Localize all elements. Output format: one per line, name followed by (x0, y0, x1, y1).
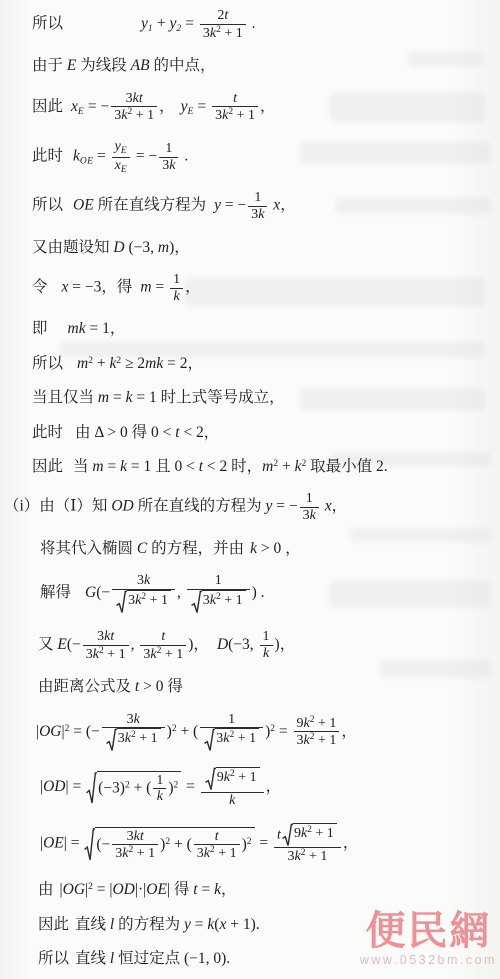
formula-line: 由距离公式及 t > 0 得 (38, 677, 496, 696)
formula-line: 将其代入椭圆 C 的方程，并由k > 0 ， (40, 539, 496, 558)
fraction: 13k2 + 1 (200, 712, 263, 753)
formula-line: 所以y1 + y2 = 2t3k2 + 1 . (32, 8, 496, 41)
solution-document: 所以y1 + y2 = 2t3k2 + 1 .由于 E 为线段 AB 的中点，因… (0, 8, 500, 979)
formula-line: 当且仅当 m = k = 1 时上式等号成立， (32, 388, 496, 407)
square-root: 9k2 + 1 (282, 823, 337, 847)
fraction: 13k (248, 190, 267, 222)
square-root: (−3)2 + (1k)2 (86, 771, 181, 805)
square-root: 9k2 + 1 (205, 767, 260, 791)
fraction: 3k3k2 + 1 (112, 573, 175, 614)
radical-sign-icon (84, 827, 95, 862)
formula-line: 令x = −3，得m = 1k， (32, 272, 496, 304)
fraction: 13k2 + 1 (187, 573, 250, 614)
fraction: yExE (112, 139, 130, 175)
square-root: (−3kt3k2 + 1)2 + (t3k2 + 1)2 (84, 827, 254, 862)
formula-line: 所以OE 所在直线方程为y = −13k x， (32, 190, 496, 222)
radical-sign-icon (116, 590, 127, 614)
fraction: 3kt3k2 + 1 (83, 629, 129, 662)
fraction: 1k (260, 629, 273, 661)
fraction: t9k2 + 13k2 + 1 (274, 823, 341, 865)
fraction: t3k2 + 1 (194, 829, 240, 862)
fraction: 1k (153, 773, 166, 805)
formula-line: 由于 E 为线段 AB 的中点， (32, 56, 496, 75)
formula-line: 所以直线 l 恒过定点 (−1, 0). (38, 949, 496, 968)
square-root: 3k2 + 1 (106, 728, 161, 752)
formula-line: |OG|2 = (−3k3k2 + 1)2 + (13k2 + 1)2 = 9k… (36, 712, 496, 753)
formula-line: 因此直线 l 的方程为 y = k(x + 1). (38, 915, 496, 934)
radical-sign-icon (205, 767, 216, 791)
radical-sign-icon (86, 771, 97, 805)
fraction: 9k2 + 13k2 + 1 (294, 715, 340, 749)
formula-line: 因此xE = −3kt3k2 + 1，yE = t3k2 + 1， (32, 91, 496, 124)
formula-line: 所以m2 + k2 ≥ 2mk = 2， (32, 354, 496, 373)
fraction: 3kt3k2 + 1 (112, 829, 158, 862)
formula-line: 此时kOE = yExE = −13k . (32, 139, 496, 175)
formula-line: 由|OG|2 = |OD|·|OE| 得 t = k， (38, 880, 496, 899)
radical-sign-icon (191, 590, 202, 614)
square-root: 3k2 + 1 (204, 728, 259, 752)
fraction: 2t3k2 + 1 (200, 8, 246, 41)
fraction: 13k (300, 491, 319, 523)
fraction: 3kt3k2 + 1 (111, 91, 157, 124)
formula-line: 因此当 m = k = 1 且 0 < t < 2 时，m2 + k2 取最小值… (32, 457, 496, 476)
fraction: t3k2 + 1 (212, 91, 258, 124)
square-root: 3k2 + 1 (116, 590, 171, 614)
radical-sign-icon (204, 728, 215, 752)
fraction: 13k (159, 141, 178, 173)
square-root: 3k2 + 1 (191, 590, 246, 614)
fraction: 3k3k2 + 1 (102, 712, 165, 753)
formula-line: 又 E(−3kt3k2 + 1, t3k2 + 1)，D(−3, 1k)， (38, 629, 496, 662)
fraction: t3k2 + 1 (140, 629, 186, 662)
formula-line: 此时由 Δ > 0 得 0 < t < 2， (32, 423, 496, 442)
formula-line: 又由题设知 D (−3, m)， (32, 238, 496, 257)
formula-line: |OD| = (−3)2 + (1k)2 = 9k2 + 1k， (40, 767, 496, 808)
scanned-math-solution-page: { "page": { "background": "#fbfbf9", "te… (0, 0, 500, 979)
fraction: 9k2 + 1k (201, 767, 264, 808)
formula-line: |OE| = (−3kt3k2 + 1)2 + (t3k2 + 1)2 = t9… (40, 823, 496, 865)
formula-line: 解得G(−3k3k2 + 1, 13k2 + 1) . (40, 573, 496, 614)
fraction: 1k (170, 272, 183, 304)
formula-line: 即mk = 1， (32, 319, 496, 338)
radical-sign-icon (282, 823, 293, 847)
formula-line: （i）由（Ⅰ）知 OD 所在直线的方程为 y = −13k x， (4, 491, 496, 523)
radical-sign-icon (106, 728, 117, 752)
